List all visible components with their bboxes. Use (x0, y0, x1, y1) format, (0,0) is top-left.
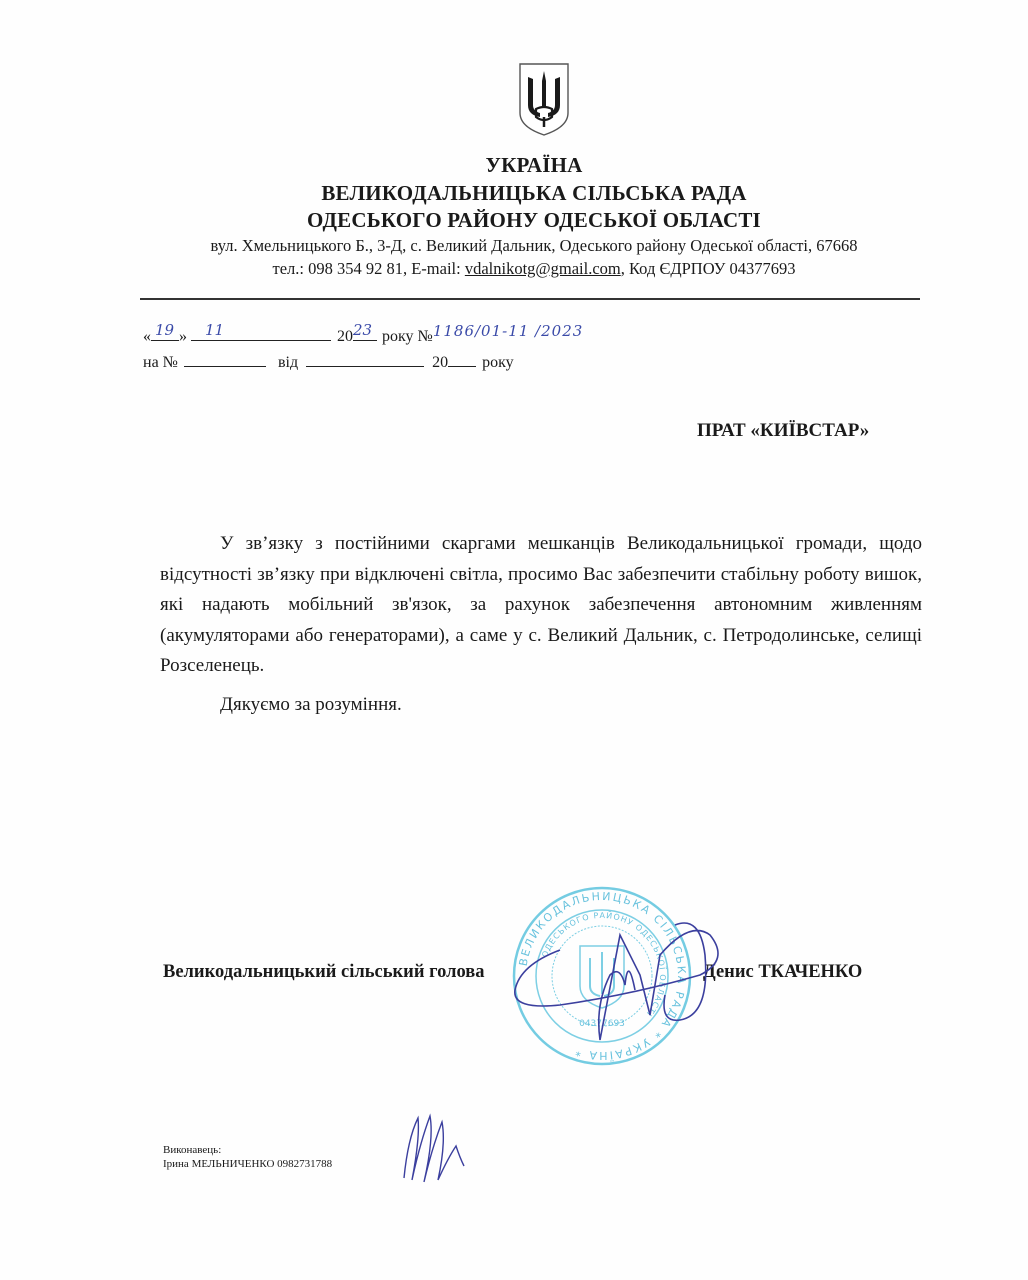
handwritten-number: 1186/01-11 /2023 (433, 322, 583, 340)
ref-date-field (306, 351, 424, 367)
thanks-line: Дякуємо за розуміння. (220, 694, 402, 716)
ref-year-field (448, 351, 476, 367)
year-prefix: 20 (337, 328, 353, 345)
ref-number-label: на № (143, 354, 178, 371)
number-field: 1186/01-11 /2023 (433, 326, 583, 341)
letter-body: У зв’язку з постійними скаргами мешканці… (160, 529, 922, 682)
signatory-title: Великодальницький сільський голова (163, 962, 484, 983)
day-field: 19 (151, 325, 179, 341)
executor-signature-icon (398, 1108, 468, 1188)
head-signature-icon (500, 895, 730, 1045)
contacts-prefix: тел.: 098 354 92 81, E-mail: (273, 259, 465, 278)
ref-year-prefix: 20 (432, 354, 448, 371)
header-divider (140, 298, 920, 300)
executor-block: Виконавець: Ірина МЕЛЬНИЧЕНКО 0982731788 (163, 1143, 332, 1171)
body-paragraph: У зв’язку з постійними скаргами мешканці… (160, 529, 922, 682)
letter-page: УКРАЇНА ВЕЛИКОДАЛЬНИЦЬКА СІЛЬСЬКА РАДА О… (0, 0, 1028, 1280)
executor-label: Виконавець: (163, 1143, 332, 1157)
year-word: року № (382, 328, 433, 345)
close-quote: » (179, 328, 187, 345)
ukraine-trident-emblem-icon (516, 61, 572, 137)
council-heading: ВЕЛИКОДАЛЬНИЦЬКА СІЛЬСЬКА РАДА (20, 181, 1028, 206)
executor-name-phone: Ірина МЕЛЬНИЧЕНКО 0982731788 (163, 1157, 332, 1171)
contacts-suffix: , Код ЄДРПОУ 04377693 (621, 259, 796, 278)
email-link[interactable]: vdalnikotg@gmail.com (465, 259, 621, 278)
month-field: 11 (191, 325, 331, 341)
council-contacts: тел.: 098 354 92 81, E-mail: vdalnikotg@… (20, 259, 1028, 279)
handwritten-year: 23 (353, 321, 372, 339)
handwritten-day: 19 (155, 321, 174, 339)
ref-number-field (184, 351, 266, 367)
outgoing-registration-line: «19»112023року №1186/01-11 /2023 (143, 325, 583, 346)
ref-from-label: від (278, 354, 298, 371)
council-address: вул. Хмельницького Б., 3-Д, с. Великий Д… (20, 236, 1028, 256)
year-field: 23 (353, 325, 377, 341)
ref-year-word: року (482, 354, 514, 371)
recipient: ПРАТ «КИЇВСТАР» (697, 420, 869, 442)
district-heading: ОДЕСЬКОГО РАЙОНУ ОДЕСЬКОЇ ОБЛАСТІ (20, 208, 1028, 233)
incoming-reference-line: на №від20року (143, 351, 514, 372)
country-heading: УКРАЇНА (20, 153, 1028, 178)
handwritten-month: 11 (205, 321, 224, 339)
open-quote: « (143, 328, 151, 345)
